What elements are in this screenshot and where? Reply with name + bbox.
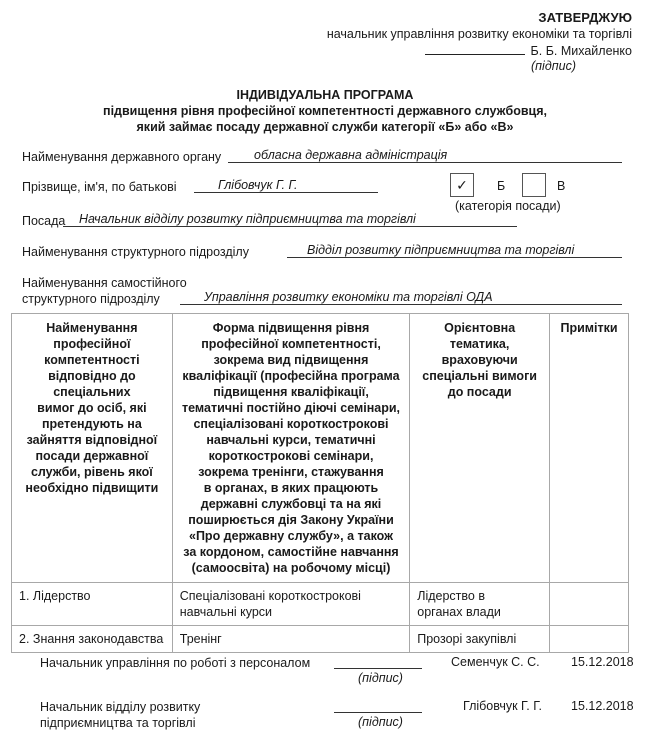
header-competence: Найменування професійної компетентності … [12, 314, 173, 583]
cell-notes[interactable] [550, 583, 629, 626]
cell-form[interactable]: Спеціалізовані короткострокові навчальні… [172, 583, 409, 626]
cell-topic[interactable]: Лідерство в органах влади [410, 583, 550, 626]
header-notes: Примітки [550, 314, 629, 583]
signature-2-line[interactable] [334, 712, 422, 713]
table-row: 2. Знання законодавства Тренінг Прозорі … [12, 626, 629, 653]
position-value: Начальник відділу розвитку підприємництв… [63, 212, 416, 226]
independent-unit-label-2: структурного підрозділу [22, 292, 160, 306]
category-v-checkbox[interactable] [522, 173, 546, 197]
document-subtitle-2: який займає посаду державної служби кате… [0, 120, 650, 134]
cell-topic[interactable]: Прозорі закупівлі [410, 626, 550, 653]
category-caption: (категорія посади) [455, 199, 561, 213]
signature-2-position: Начальник відділу розвитку підприємництв… [40, 699, 200, 731]
independent-unit-label-1: Найменування самостійного [22, 276, 187, 290]
signature-1-position: Начальник управління по роботі з персона… [40, 655, 310, 671]
unit-value: Відділ розвитку підприємництва та торгів… [287, 243, 574, 257]
approval-signature: Б. Б. Михайленко [425, 43, 632, 58]
signature-2-name: Глібовчук Г. Г. [463, 699, 542, 713]
full-name-label: Прізвище, ім'я, по батькові [22, 180, 177, 194]
signature-2-hint: (підпис) [358, 715, 403, 729]
full-name-field[interactable]: Глібовчук Г. Г. [194, 178, 378, 193]
signature-1-name: Семенчук С. С. [451, 655, 540, 669]
signature-2-date: 15.12.2018 [571, 699, 634, 713]
signature-1-hint: (підпис) [358, 671, 403, 685]
agency-value: обласна державна адміністрація [228, 148, 447, 162]
table-header-row: Найменування професійної компетентності … [12, 314, 629, 583]
document-title: ІНДИВІДУАЛЬНА ПРОГРАМА [0, 88, 650, 102]
full-name-value: Глібовчук Г. Г. [194, 178, 298, 192]
independent-unit-field[interactable]: Управління розвитку економіки та торгівл… [180, 290, 622, 305]
signature-1-line[interactable] [334, 668, 422, 669]
unit-label: Найменування структурного підрозділу [22, 245, 249, 259]
position-field[interactable]: Начальник відділу розвитку підприємництв… [63, 212, 517, 227]
signature-1-date: 15.12.2018 [571, 655, 634, 669]
cell-notes[interactable] [550, 626, 629, 653]
program-table: Найменування професійної компетентності … [11, 313, 629, 653]
header-topic: Орієнтовна тематика, враховуючи спеціаль… [410, 314, 550, 583]
category-b-label: Б [497, 179, 505, 193]
approval-signature-line [425, 43, 525, 55]
agency-label: Найменування державного органу [22, 150, 221, 164]
category-v-label: В [557, 179, 565, 193]
document-subtitle-1: підвищення рівня професійної компетентно… [0, 104, 650, 118]
category-b-checkbox[interactable]: ✓ [450, 173, 474, 197]
independent-unit-value: Управління розвитку економіки та торгівл… [180, 290, 493, 304]
table-row: 1. Лідерство Спеціалізовані короткострок… [12, 583, 629, 626]
checkmark-icon: ✓ [456, 177, 468, 194]
approval-name: Б. Б. Михайленко [531, 44, 632, 58]
cell-competence[interactable]: 1. Лідерство [12, 583, 173, 626]
header-form: Форма підвищення рівня професійної компе… [172, 314, 409, 583]
approval-heading: ЗАТВЕРДЖУЮ [538, 10, 632, 25]
cell-form[interactable]: Тренінг [172, 626, 409, 653]
approval-signature-hint: (підпис) [531, 59, 576, 73]
cell-competence[interactable]: 2. Знання законодавства [12, 626, 173, 653]
agency-field[interactable]: обласна державна адміністрація [228, 148, 622, 163]
approval-position: начальник управління розвитку економіки … [327, 27, 632, 41]
unit-field[interactable]: Відділ розвитку підприємництва та торгів… [287, 243, 622, 258]
position-label: Посада [22, 214, 65, 228]
